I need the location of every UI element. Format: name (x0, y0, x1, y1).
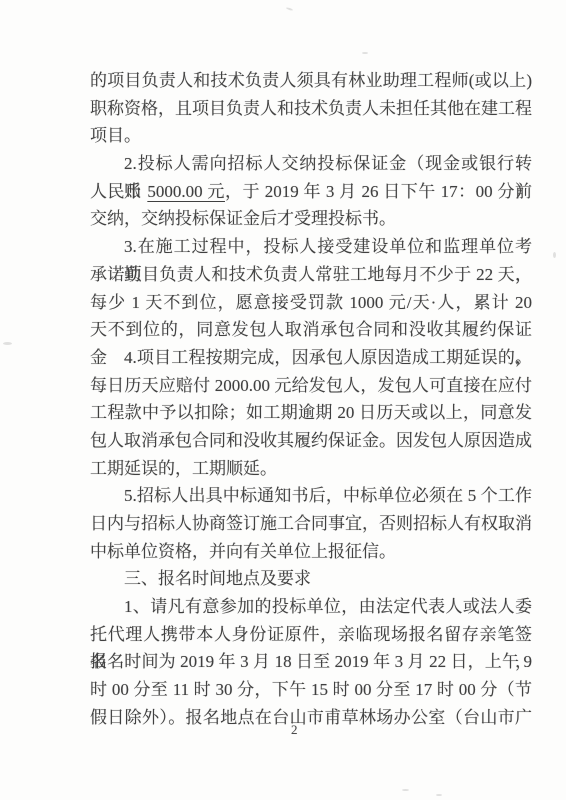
text-line: 职称资格，且项目负责人和技术负责人未担任其他在建工程 (90, 95, 532, 123)
document-page: 的项目负责人和技术负责人须具有林业助理工程师(或以上) 职称资格，且项目负责人和… (0, 0, 566, 800)
underlined-amount: 5000.00 元 (147, 182, 225, 201)
text-line-deposit-amount: 人民币 5000.00 元，于 2019 年 3 月 26 日下午 17：00 … (90, 178, 532, 206)
section-heading: 三、报名时间地点及要求 (90, 565, 532, 593)
text-line: 天不到位的，同意发包人取消承包合同和没收其履约保证金。 (90, 316, 532, 344)
scan-smudge (362, 52, 368, 54)
amount-suffix: ，于 2019 年 3 月 26 日下午 17：00 分前 (225, 182, 532, 201)
text-line: 假日除外）。报名地点在台山市甫草林场办公室（台山市广 (90, 704, 532, 732)
text-line-item-4: 4.项目工程按期完成，因承包人原因造成工期延误的， (90, 344, 532, 372)
text-line-item-2: 2.投标人需向招标人交纳投标保证金（现金或银行转账） (90, 150, 532, 178)
scan-smudge (436, 794, 442, 796)
text-line: 每少 1 天不到位，愿意接受罚款 1000 元/天·人，累计 20 (90, 289, 532, 317)
text-line: 承诺项目负责人和技术负责人常驻工地每月不少于 22 天， (90, 261, 532, 289)
text-line: 工程款中予以扣除；如工期逾期 20 日历天或以上，同意发 (90, 399, 532, 427)
text-line: 包人取消承包合同和没收其履约保证金。因发包人原因造成 (90, 427, 532, 455)
text-line: 日内与招标人协商签订施工合同事宜，否则招标人有权取消 (90, 510, 532, 538)
document-body: 的项目负责人和技术负责人须具有林业助理工程师(或以上) 职称资格，且项目负责人和… (90, 67, 532, 732)
text-line: 项目。 (90, 122, 532, 150)
text-line: 每日历天应赔付 2000.00 元给发包人，发包人可直接在应付 (90, 372, 532, 400)
text-line: 交纳，交纳投标保证金后才受理投标书。 (90, 205, 532, 233)
scan-smudge (3, 342, 12, 345)
text-line: 时 00 分至 11 时 30 分，下午 15 时 00 分至 17 时 00 … (90, 676, 532, 704)
scan-smudge (402, 789, 409, 791)
text-line-item-3: 3.在施工过程中，投标人接受建设单位和监理单位考勤， (90, 233, 532, 261)
text-line-item-5: 5.招标人出具中标通知书后，中标单位必须在 5 个工作 (90, 482, 532, 510)
amount-prefix: 人民币 (90, 182, 147, 201)
text-line: 的项目负责人和技术负责人须具有林业助理工程师(或以上) (90, 67, 532, 95)
text-line: 报名时间为 2019 年 3 月 18 日至 2019 年 3 月 22 日，上… (90, 648, 532, 676)
text-line: 工期延误的，工期顺延。 (90, 455, 532, 483)
page-number: 2 (291, 722, 298, 738)
text-line: 中标单位资格，并向有关单位上报征信。 (90, 538, 532, 566)
text-line: 托代理人携带本人身份证原件，亲临现场报名留存亲笔签名， (90, 621, 532, 649)
scan-smudge (286, 7, 293, 11)
text-line-item-1: 1、请凡有意参加的投标单位，由法定代表人或法人委 (90, 593, 532, 621)
scan-smudge (553, 252, 556, 258)
